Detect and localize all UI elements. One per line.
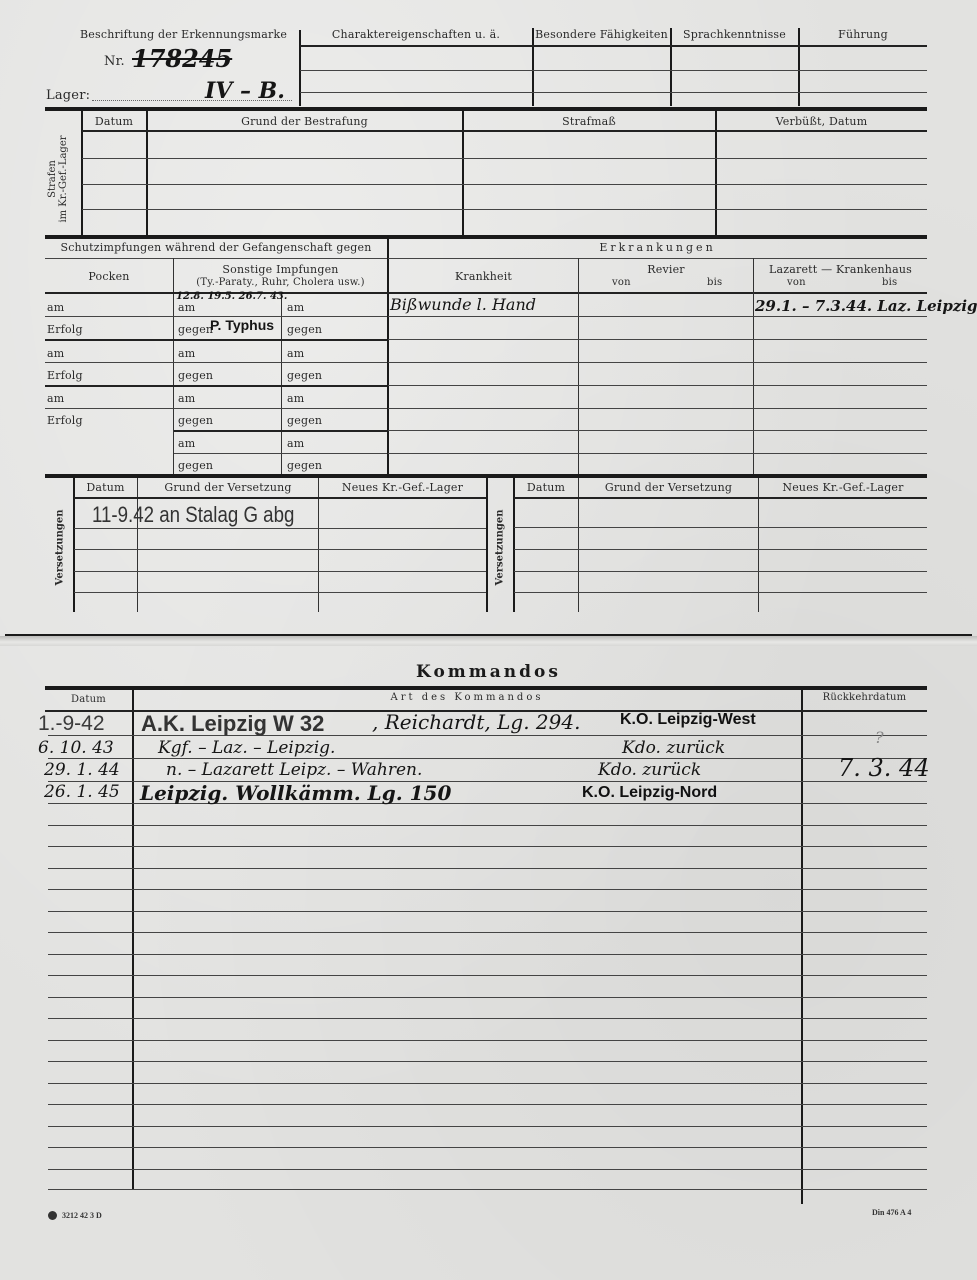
- revier-von: von: [612, 277, 631, 288]
- sonstige-b-gegen-1: gegen: [287, 323, 322, 336]
- rule: [48, 911, 927, 912]
- nr-value: 178245: [132, 44, 232, 73]
- vers-r-col-grund: Grund der Versetzung: [579, 481, 758, 494]
- sonstige-a-gegen-3: gegen: [178, 414, 213, 427]
- pocken-erfolg-1: Erfolg: [47, 323, 83, 336]
- rule: [388, 453, 927, 454]
- rule: [48, 758, 927, 759]
- rule: [514, 592, 927, 593]
- rule: [82, 209, 927, 210]
- col-sprachen: Sprachkenntnisse: [671, 28, 798, 41]
- sonstige-a-gegen-2: gegen: [178, 369, 213, 382]
- strafen-label-2: im Kr.-Gef.-Lager: [58, 129, 69, 229]
- rule: [48, 846, 927, 847]
- strafen-col-strafmass: Strafmaß: [463, 115, 715, 128]
- sonstige-b-am-4: am: [287, 437, 304, 450]
- rule: [48, 825, 927, 826]
- kommandos-col-art: Art des Kommandos: [133, 692, 801, 703]
- pocken-am-1: am: [47, 301, 64, 314]
- kommando-4-datum: 26. 1. 45: [44, 782, 120, 802]
- rule: [48, 1126, 927, 1127]
- strafen-col-datum: Datum: [82, 115, 146, 128]
- rule: [48, 997, 927, 998]
- vers-l-col-lager: Neues Kr.-Gef.-Lager: [319, 481, 486, 494]
- footer-left: 3212 42 3 D: [62, 1211, 102, 1220]
- rule: [174, 430, 387, 432]
- strafen-side-label: Strafen im Kr.-Gef.-Lager: [47, 129, 69, 229]
- kommando-1-datum: 1.-9-42: [38, 712, 105, 736]
- rule: [48, 1018, 927, 1019]
- rule: [48, 889, 927, 890]
- rule: [388, 362, 927, 363]
- sonstige-a-am-2: am: [178, 347, 195, 360]
- strafen-label-1: Strafen: [47, 129, 58, 229]
- lager-value: IV – B.: [205, 78, 285, 104]
- col-charakter: Charaktereigenschaften u. ä.: [300, 28, 532, 41]
- rule: [45, 235, 927, 239]
- pocken-erfolg-2: Erfolg: [47, 369, 83, 382]
- sonstige-label: Sonstige Impfungen: [174, 263, 387, 276]
- rule: [82, 130, 927, 132]
- rule: [48, 975, 927, 976]
- rule: [74, 528, 486, 529]
- rule: [48, 1061, 927, 1062]
- strafen-col-grund: Grund der Bestrafung: [147, 115, 462, 128]
- sonstige-b-gegen-4: gegen: [287, 459, 322, 472]
- rule: [300, 92, 927, 93]
- rule: [45, 258, 387, 259]
- rule: [48, 1083, 927, 1084]
- kommando-4-stamp2: K.O. Leipzig-Nord: [582, 784, 717, 802]
- rule: [514, 527, 927, 528]
- pocken-am-3: am: [47, 392, 64, 405]
- sonstige-b-gegen-2: gegen: [287, 369, 322, 382]
- sonstige-a-gegen-1: gegen: [178, 323, 213, 336]
- kommandos-col-rueckkehr: Rückkehrdatum: [802, 692, 927, 703]
- rule: [174, 453, 387, 454]
- rule: [388, 385, 927, 386]
- sonstige-b-gegen-3: gegen: [287, 414, 322, 427]
- vers-r-col-lager: Neues Kr.-Gef.-Lager: [759, 481, 927, 494]
- divider: [132, 688, 134, 1190]
- kommando-2-stamp2: Kdo. zurück: [622, 738, 725, 758]
- sonstige-a-gegen-4: gegen: [178, 459, 213, 472]
- kommando-3-hand: n. – Lazarett Leipz. – Wahren.: [166, 760, 422, 780]
- rule: [48, 1147, 927, 1148]
- col-faehigkeiten: Besondere Fähigkeiten: [533, 28, 670, 41]
- kommando-1-hand: , Reichardt, Lg. 294.: [372, 710, 580, 734]
- versetzungen-side-label-left: Versetzungen: [55, 498, 66, 598]
- rule: [82, 158, 927, 159]
- vers-r-col-datum: Datum: [514, 481, 578, 494]
- lazarett-entry: 29.1. – 7.3.44. Laz. Leipzig: [755, 297, 977, 315]
- sonstige-a-am-3: am: [178, 392, 195, 405]
- krankheit-label: Krankheit: [389, 270, 578, 283]
- krankheit-entry: Bißwunde l. Hand: [390, 295, 536, 314]
- rule: [48, 932, 927, 933]
- pocken-label: Pocken: [45, 270, 173, 283]
- divider: [173, 258, 174, 475]
- impf-entry-dates: 12.8. 19.5. 26.7. 43.: [176, 291, 287, 302]
- pocken-erfolg-3: Erfolg: [47, 414, 83, 427]
- kommando-2-rueckkehr: ?: [875, 728, 884, 747]
- erkennungsmarke-label: Beschriftung der Erkennungsmarke: [80, 28, 287, 41]
- vers-l-col-datum: Datum: [74, 481, 137, 494]
- rule: [45, 362, 387, 363]
- impfungen-title: Schutzimpfungen während der Gefangenscha…: [45, 241, 387, 254]
- rule: [48, 1040, 927, 1041]
- lager-label: Lager:: [46, 88, 90, 103]
- rule: [74, 549, 486, 550]
- versetzungen-side-label-right: Versetzungen: [495, 498, 506, 598]
- lazarett-von: von: [787, 277, 806, 288]
- kommando-3-rueckkehr: 7. 3. 44: [838, 754, 930, 782]
- rule: [45, 385, 387, 387]
- kommando-2-hand: Kgf. – Laz. – Leipzig.: [158, 738, 335, 758]
- footer-right: Din 476 A 4: [872, 1208, 911, 1217]
- vers-l-col-grund: Grund der Versetzung: [138, 481, 318, 494]
- rule: [45, 339, 387, 341]
- kommando-3-datum: 29. 1. 44: [44, 760, 120, 780]
- rule: [388, 430, 927, 431]
- divider: [486, 478, 488, 612]
- sonstige-a-am-4: am: [178, 437, 195, 450]
- strafen-col-verbuesst: Verbüßt, Datum: [716, 115, 927, 128]
- rule: [48, 1189, 927, 1190]
- kommando-1-stamp: A.K. Leipzig W 32: [141, 711, 324, 737]
- rule: [74, 592, 486, 593]
- nr-label: Nr.: [104, 54, 125, 69]
- erkrankungen-title: Erkrankungen: [388, 241, 927, 254]
- lazarett-label: Lazarett — Krankenhaus: [754, 263, 927, 276]
- sonstige-a-am-1: am: [178, 301, 195, 314]
- kommando-2-datum: 6. 10. 43: [38, 738, 114, 758]
- rule: [45, 107, 927, 111]
- kommandos-col-datum: Datum: [45, 694, 132, 705]
- versetzung-entry-stamp: 11-9.42 an Stalag G abg: [92, 502, 294, 528]
- sonstige-b-am-2: am: [287, 347, 304, 360]
- rule: [300, 45, 927, 47]
- divider: [578, 258, 579, 475]
- pocken-am-2: am: [47, 347, 64, 360]
- rule: [74, 497, 486, 499]
- rule: [74, 571, 486, 572]
- revier-bis: bis: [707, 277, 722, 288]
- rule: [514, 549, 927, 550]
- col-fuehrung: Führung: [799, 28, 927, 41]
- rule: [45, 686, 927, 690]
- revier-label: Revier: [579, 263, 753, 276]
- kommandos-title: Kommandos: [0, 662, 977, 682]
- rule: [388, 408, 927, 409]
- rule: [45, 408, 387, 409]
- divider: [299, 30, 301, 106]
- rule: [48, 1169, 927, 1170]
- rule: [82, 184, 927, 185]
- kommando-1-stamp2: K.O. Leipzig-West: [620, 711, 756, 729]
- rule: [514, 571, 927, 572]
- rule: [48, 868, 927, 869]
- rule: [48, 954, 927, 955]
- rule: [388, 339, 927, 340]
- sonstige-b-am-3: am: [287, 392, 304, 405]
- divider: [753, 258, 754, 475]
- document-page: Beschriftung der Erkennungsmarke Nr. 178…: [0, 0, 977, 1280]
- rule: [388, 258, 927, 259]
- impf-entry-gegen: P. Typhus: [210, 317, 274, 333]
- printer-mark-icon: [48, 1211, 57, 1220]
- lazarett-bis: bis: [882, 277, 897, 288]
- sonstige-b-am-1: am: [287, 301, 304, 314]
- sonstige-sub: (Ty.-Paraty., Ruhr, Cholera usw.): [174, 277, 387, 288]
- rule: [48, 1104, 927, 1105]
- kommando-4-hand: Leipzig. Wollkämm. Lg. 150: [140, 781, 451, 805]
- paper-fold: [0, 636, 977, 646]
- kommando-3-stamp2: Kdo. zurück: [598, 760, 701, 780]
- rule: [300, 70, 927, 71]
- rule: [388, 316, 927, 317]
- rule: [514, 497, 927, 499]
